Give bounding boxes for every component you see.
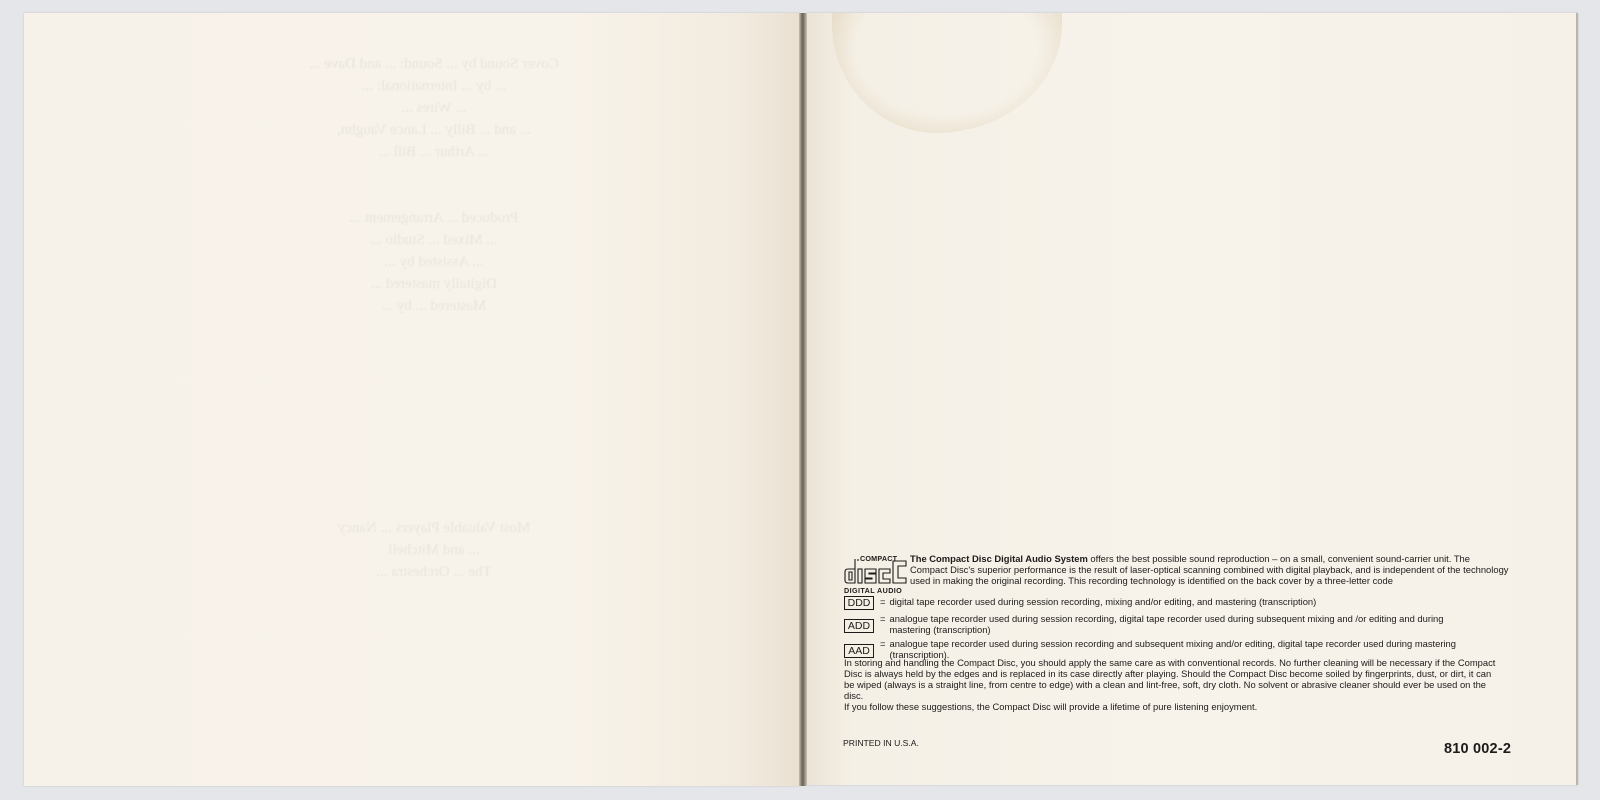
- code-description: analogue tape recorder used during sessi…: [889, 613, 1479, 635]
- page-gutter: [799, 13, 807, 786]
- care-paragraph: In storing and handling the Compact Disc…: [844, 657, 1504, 701]
- code-description: digital tape recorder used during sessio…: [889, 596, 1479, 607]
- equals-sign: =: [880, 596, 885, 607]
- showthrough-line: ... Arthur ... Bill ...: [84, 141, 784, 163]
- care-closing-paragraph: If you follow these suggestions, the Com…: [844, 701, 1504, 712]
- showthrough-line: Digitally mastered ...: [84, 273, 784, 295]
- printed-in-label: PRINTED IN U.S.A.: [843, 738, 919, 748]
- logo-digital-audio-label: DIGITAL AUDIO: [844, 585, 902, 596]
- catalog-number: 810 002-2: [1444, 741, 1511, 757]
- showthrough-line: ... Mixed ... Studio ...: [84, 229, 784, 251]
- showthrough-line: The ... Orchestra ...: [84, 561, 784, 583]
- recording-codes-list: DDD = digital tape recorder used during …: [844, 596, 1514, 663]
- equals-sign: =: [880, 638, 885, 649]
- showthrough-line: ... and Mitchell: [84, 539, 784, 561]
- disc-logo-icon: [844, 557, 908, 585]
- showthrough-line: Produced ... Arrangement ...: [84, 207, 784, 229]
- intro-title: The Compact Disc Digital Audio System: [910, 553, 1088, 564]
- showthrough-line: ... by ... International: ...: [84, 75, 784, 97]
- code-row-add: ADD = analogue tape recorder used during…: [844, 613, 1514, 635]
- care-instructions: In storing and handling the Compact Disc…: [844, 657, 1504, 712]
- code-badge: ADD: [844, 619, 874, 633]
- showthrough-line: ... and ... Billy ... Lance Vaughn,: [84, 119, 784, 141]
- code-badge: AAD: [844, 644, 874, 658]
- compact-disc-logo: COMPACT DIGITAL AUDIO: [844, 553, 908, 597]
- code-badge: DDD: [844, 596, 874, 610]
- showthrough-line: Most Valuable Players ... Nancy: [84, 517, 784, 539]
- showthrough-line: Cover Sound by ... Sound: ... and Dave .…: [84, 53, 784, 75]
- showthrough-line: ... Wires ...: [84, 97, 784, 119]
- code-row-ddd: DDD = digital tape recorder used during …: [844, 596, 1514, 610]
- intro-paragraph: The Compact Disc Digital Audio System of…: [910, 553, 1510, 586]
- equals-sign: =: [880, 613, 885, 624]
- showthrough-line: ... Assisted by ...: [84, 251, 784, 273]
- showthrough-line: Mastered ... by ...: [84, 295, 784, 317]
- left-page: Cover Sound by ... Sound: ... and Dave .…: [24, 13, 800, 786]
- showthrough-text: Cover Sound by ... Sound: ... and Dave .…: [84, 53, 784, 773]
